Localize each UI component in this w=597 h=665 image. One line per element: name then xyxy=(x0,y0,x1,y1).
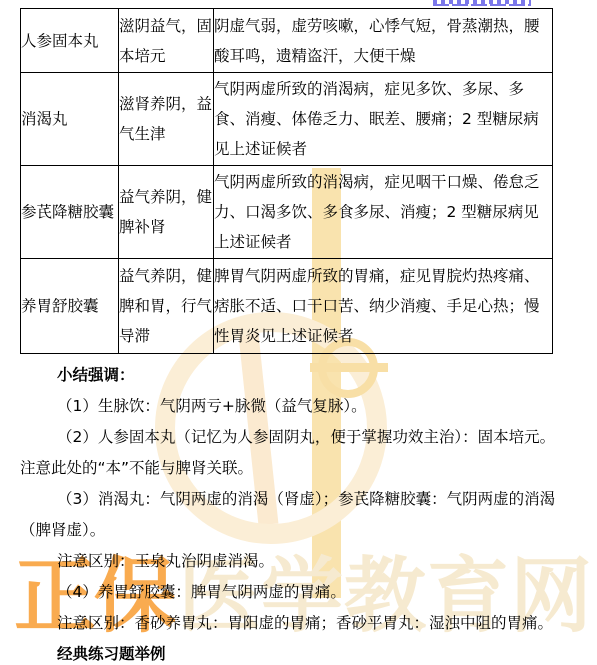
medicine-table: 人参固本丸 滋阴益气，固本培元 阴虚气弱，虚劳咳嗽，心悸气短，骨蒸潮热，腰酸耳鸣… xyxy=(20,8,553,354)
efficacy-cell: 滋肾养阴，益气生津 xyxy=(119,73,214,166)
medicine-name-cell: 养胃舒胶囊 xyxy=(21,259,119,354)
note-line-continuation: （脾肾虚）。 xyxy=(20,515,597,546)
note-line-continuation: 注意此处的“本”不能与脾肾关联。 xyxy=(20,453,597,484)
indications-cell: 气阴两虚所致的消渴病，症见多饮、多尿、多食、消瘦、体倦乏力、眠差、腰痛；2 型糖… xyxy=(214,73,553,166)
medicine-name-cell: 参芪降糖胶囊 xyxy=(21,166,119,259)
table-row: 消渴丸 滋肾养阴，益气生津 气阴两虚所致的消渴病，症见多饮、多尿、多食、消瘦、体… xyxy=(21,73,553,166)
note-line: （2）人参固本丸（记忆为人参固阴丸，便于掌握功效主治）：固本培元。 xyxy=(20,422,597,453)
clipped-link-underline xyxy=(433,4,531,6)
indications-cell: 气阴两虚所致的消渴病，症见咽干口燥、倦怠乏力、口渴多饮、多食多尿、消瘦；2 型糖… xyxy=(214,166,553,259)
note-line: 注意区别：玉泉丸治阴虚消渴。 xyxy=(20,546,597,577)
table-row: 人参固本丸 滋阴益气，固本培元 阴虚气弱，虚劳咳嗽，心悸气短，骨蒸潮热，腰酸耳鸣… xyxy=(21,9,553,73)
efficacy-cell: 益气养阴，健脾补肾 xyxy=(119,166,214,259)
medicine-name-cell: 消渴丸 xyxy=(21,73,119,166)
medicine-name-cell: 人参固本丸 xyxy=(21,9,119,73)
efficacy-cell: 滋阴益气，固本培元 xyxy=(119,9,214,73)
table-row: 参芪降糖胶囊 益气养阴，健脾补肾 气阴两虚所致的消渴病，症见咽干口燥、倦怠乏力、… xyxy=(21,166,553,259)
note-line: （1）生脉饮：气阴两亏+脉微（益气复脉）。 xyxy=(20,391,597,422)
note-line: （4）养胃舒胶囊：脾胃气阴两虚的胃痛。 xyxy=(20,577,597,608)
table-row: 养胃舒胶囊 益气养阴，健脾和胃，行气导滞 脾胃气阴两虚所致的胃痛，症见胃脘灼热疼… xyxy=(21,259,553,354)
note-line: 注意区别：香砂养胃丸：胃阳虚的胃痛；香砂平胃丸：湿浊中阻的胃痛。 xyxy=(20,608,597,639)
clipped-link-glyph-bottoms xyxy=(433,0,531,4)
efficacy-cell: 益气养阴，健脾和胃，行气导滞 xyxy=(119,259,214,354)
summary-heading: 小结强调： xyxy=(20,360,597,391)
note-line: （3）消渴丸：气阴两虚的消渴（肾虚）；参芪降糖胶囊：气阴两虚的消渴 xyxy=(20,484,597,515)
clipped-link-fragment[interactable] xyxy=(433,0,531,5)
summary-notes: 小结强调： （1）生脉饮：气阴两亏+脉微（益气复脉）。 （2）人参固本丸（记忆为… xyxy=(20,360,597,665)
indications-cell: 阴虚气弱，虚劳咳嗽，心悸气短，骨蒸潮热，腰酸耳鸣，遗精盗汗，大便干燥 xyxy=(214,9,553,73)
practice-questions-heading: 经典练习题举例 xyxy=(20,639,597,665)
indications-cell: 脾胃气阴两虚所致的胃痛，症见胃脘灼热疼痛、痞胀不适、口干口苦、纳少消瘦、手足心热… xyxy=(214,259,553,354)
